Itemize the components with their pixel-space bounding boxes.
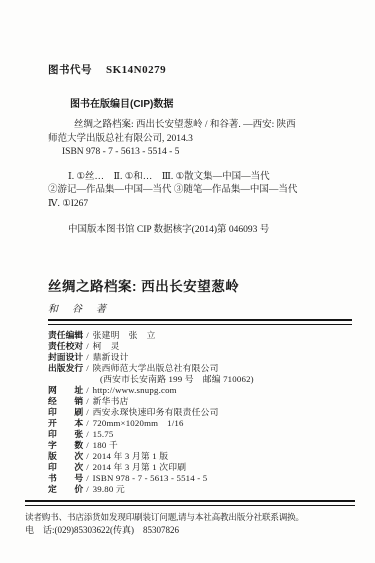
colophon-row: 封面设计/鼎新设计: [48, 352, 352, 363]
colophon-row-value: 新华书店: [93, 396, 129, 406]
colophon-row: 责任编辑/张建明 张 立: [48, 330, 352, 341]
colophon-row-value: 2014 年 3 月第 1 版: [93, 451, 169, 461]
colophon-row-value: 柯 灵: [93, 341, 120, 351]
colophon-row-separator: /: [86, 462, 88, 473]
colophon-row-separator: /: [86, 363, 88, 374]
colophon-row-label: 定 价: [48, 484, 83, 495]
colophon-page: 图书代号SK14N0279 图书在版编目(CIP)数据 丝绸之路档案: 西出长安…: [0, 0, 375, 563]
cip-description: 丝绸之路档案: 西出长安望葱岭 / 和谷著. —西安: 陕西 师范大学出版总社有…: [48, 119, 352, 160]
colophon-row-value: 39.80 元: [93, 484, 125, 494]
colophon-row: 经 销/新华书店: [48, 396, 352, 407]
colophon-row-separator: /: [86, 451, 88, 462]
colophon-row-separator: /: [86, 330, 88, 341]
colophon-row: 字 数/180 千: [48, 440, 352, 451]
colophon-row-label: 责任编辑: [48, 330, 83, 341]
colophon-row-separator: /: [86, 352, 88, 363]
cip-isbn-line: ISBN 978 - 7 - 5613 - 5514 - 5: [48, 146, 352, 160]
cip-classification-line2: ②游记—作品集—中国—当代 ③随笔—作品集—中国—当代: [48, 184, 352, 198]
cip-classification: Ⅰ. ①丝… Ⅱ. ①和… Ⅲ. ①散文集—中国—当代 ②游记—作品集—中国—当…: [48, 171, 352, 212]
colophon-row-value: http://www.snupg.com: [93, 385, 177, 395]
colophon-row-value: 西安永琛快速印务有限责任公司: [93, 407, 219, 417]
colophon-row-separator: /: [86, 484, 88, 495]
colophon-row: 定 价/39.80 元: [48, 484, 352, 495]
colophon-row-separator: /: [86, 418, 88, 429]
colophon-row-separator: /: [86, 473, 88, 484]
footer-phone: 电 话:(029)85303622(传真) 85307826: [25, 524, 355, 537]
book-code-value: SK14N0279: [106, 64, 166, 76]
footer-note: 读者购书、书店添货如发现印刷装订问题,请与本社高教出版分社联系调换。: [25, 511, 355, 524]
colophon-row: 印 张/15.75: [48, 429, 352, 440]
book-title: 丝绸之路档案: 西出长安望葱岭: [48, 275, 352, 295]
colophon-row-value: 2014 年 3 月第 1 次印刷: [93, 462, 187, 472]
colophon-row-value: 15.75: [93, 429, 114, 439]
colophon-row-label: 印 次: [48, 462, 83, 473]
colophon-row-label: 责任校对: [48, 341, 83, 352]
colophon-row-value: 张建明 张 立: [93, 330, 156, 340]
colophon-row-separator: /: [86, 440, 88, 451]
colophon-row: 书 号/ISBN 978 - 7 - 5613 - 5514 - 5: [48, 473, 352, 484]
colophon-row-value: 陕西师范大学出版总社有限公司: [93, 363, 219, 373]
colophon-row-value: 鼎新设计: [93, 352, 129, 362]
colophon-row-label: 印 张: [48, 429, 83, 440]
colophon-row-label: 网 址: [48, 385, 83, 396]
colophon-row-value: 180 千: [93, 440, 118, 450]
colophon-row: 开 本/720mm×1020mm 1/16: [48, 418, 352, 429]
cip-classification-line3: Ⅳ. ①I267: [48, 198, 352, 212]
cip-classification-line1: Ⅰ. ①丝… Ⅱ. ①和… Ⅲ. ①散文集—中国—当代: [48, 171, 352, 185]
colophon-table: 责任编辑/张建明 张 立 责任校对/柯 灵 封面设计/鼎新设计 出版发行/陕西师…: [48, 330, 352, 495]
colophon-row-label: 出版发行: [48, 363, 83, 374]
divider-bottom-double-rule: [25, 500, 355, 506]
colophon-row-separator: /: [86, 396, 88, 407]
colophon-row-label: 印 刷: [48, 407, 83, 418]
cip-heading: 图书在版编目(CIP)数据: [70, 95, 352, 110]
cip-description-line1: 丝绸之路档案: 西出长安望葱岭 / 和谷著. —西安: 陕西: [48, 119, 352, 133]
book-author: 和 谷 著: [48, 300, 352, 315]
colophon-row-separator: /: [86, 407, 88, 418]
colophon-row-label: 书 号: [48, 473, 83, 484]
colophon-row: 印 次/2014 年 3 月第 1 次印刷: [48, 462, 352, 473]
colophon-row-value: ISBN 978 - 7 - 5613 - 5514 - 5: [93, 473, 208, 483]
colophon-row: 出版发行/陕西师范大学出版总社有限公司: [48, 363, 352, 374]
colophon-row-separator: /: [86, 385, 88, 396]
colophon-row: 版 次/2014 年 3 月第 1 版: [48, 451, 352, 462]
cip-record-number: 中国版本图书馆 CIP 数据核字(2014)第 046093 号: [68, 221, 352, 235]
colophon-row: 印 刷/西安永琛快速印务有限责任公司: [48, 407, 352, 418]
colophon-row-value: 720mm×1020mm 1/16: [93, 418, 184, 428]
colophon-row-label: 经 销: [48, 396, 83, 407]
colophon-row-label: 字 数: [48, 440, 83, 451]
colophon-row-separator: /: [86, 429, 88, 440]
divider-top-double-rule: [48, 319, 352, 325]
colophon-row-label: 版 次: [48, 451, 83, 462]
colophon-row-label: 开 本: [48, 418, 83, 429]
colophon-row-separator: /: [86, 341, 88, 352]
colophon-row: 网 址/http://www.snupg.com: [48, 385, 352, 396]
colophon-row-subvalue: (西安市长安南路 199 号 邮编 710062): [48, 374, 352, 385]
book-code-line: 图书代号SK14N0279: [48, 0, 352, 77]
cip-description-line2: 师范大学出版总社有限公司, 2014.3: [48, 133, 352, 147]
colophon-row-label: 封面设计: [48, 352, 83, 363]
book-code-label: 图书代号: [48, 64, 92, 76]
colophon-row: 责任校对/柯 灵: [48, 341, 352, 352]
